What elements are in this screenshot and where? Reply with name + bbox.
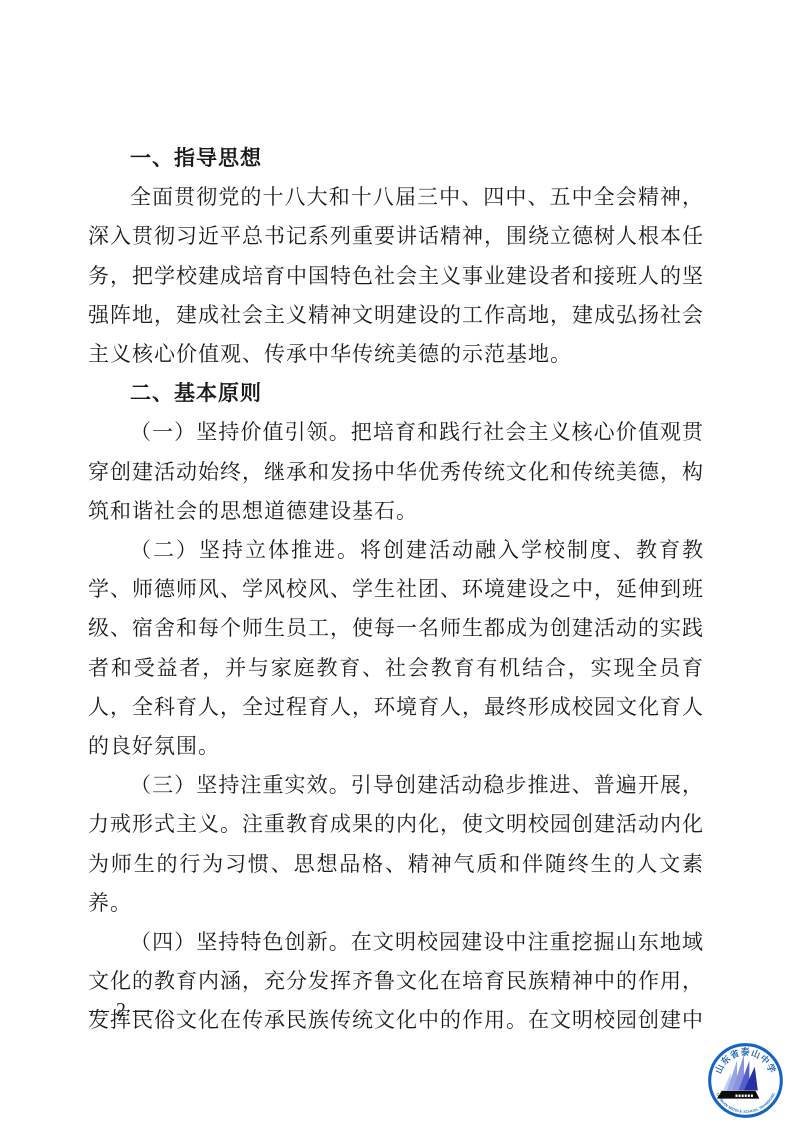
body-paragraph: （一）坚持价值引领。把培育和践行社会主义核心价值观贯穿创建活动始终，继承和发扬中…	[88, 413, 704, 531]
section-heading: 一、指导思想	[88, 139, 704, 178]
page-number: — 2 —	[89, 999, 154, 1022]
body-paragraph: （二）坚持立体推进。将创建活动融入学校制度、教育教学、师德师风、学风校风、学生社…	[88, 531, 704, 766]
school-badge: 山东省泰山中学 TAI SHAN MIDDLE SCHOOL SHANDONG	[707, 1042, 784, 1119]
document-page: 一、指导思想 全面贯彻党的十八大和十八届三中、四中、五中全会精神，深入贯彻习近平…	[0, 0, 793, 1122]
body-paragraph: 全面贯彻党的十八大和十八届三中、四中、五中全会精神，深入贯彻习近平总书记系列重要…	[88, 178, 704, 374]
body-paragraph: （四）坚持特色创新。在文明校园建设中注重挖掘山东地域文化的教育内涵，充分发挥齐鲁…	[88, 923, 704, 1041]
section-heading: 二、基本原则	[88, 374, 704, 413]
body-paragraph: （三）坚持注重实效。引导创建活动稳步推进、普遍开展，力戒形式主义。注重教育成果的…	[88, 766, 704, 923]
document-body: 一、指导思想 全面贯彻党的十八大和十八届三中、四中、五中全会精神，深入贯彻习近平…	[88, 139, 704, 1041]
badge-base	[717, 1091, 759, 1099]
